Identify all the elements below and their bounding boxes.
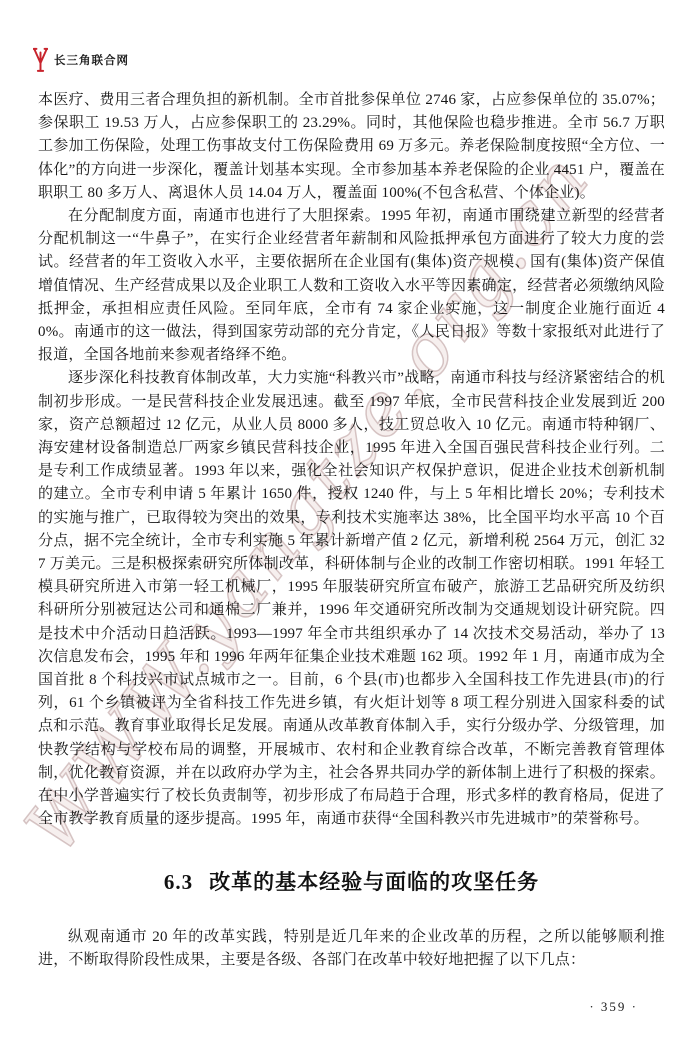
site-name: 长三角联合网 bbox=[54, 52, 129, 68]
site-header: 长三角联合网 bbox=[33, 47, 129, 73]
body-paragraph-3: 逐步深化科技教育体制改革，大力实施“科教兴市”战略，南通市科技与经济紧密结合的机… bbox=[38, 367, 665, 831]
section-number: 6.3 bbox=[164, 870, 193, 895]
section-heading: 6.3 改革的基本经验与面临的攻坚任务 bbox=[38, 866, 665, 896]
body-paragraph-4: 纵观南通市 20 年的改革实践，特别是近几年来的企业改革的历程，之所以能够顺利推… bbox=[38, 926, 665, 972]
section-title: 改革的基本经验与面临的攻坚任务 bbox=[209, 866, 539, 896]
page-content: 本医疗、费用三者合理负担的新机制。全市首批参保单位 2746 家，占应参保单位的… bbox=[38, 89, 665, 972]
page-number: · 359 · bbox=[589, 999, 638, 1015]
body-paragraph-2: 在分配制度方面，南通市也进行了大胆探索。1995 年初，南通市围绕建立新型的经营… bbox=[38, 205, 665, 367]
yangtze-logo-icon bbox=[33, 47, 48, 73]
document-page: WWW.yangtze.org.cn 长三角联合网 本医疗、费用三者合理负担的新… bbox=[0, 0, 700, 1064]
body-paragraph-1: 本医疗、费用三者合理负担的新机制。全市首批参保单位 2746 家，占应参保单位的… bbox=[38, 89, 665, 205]
